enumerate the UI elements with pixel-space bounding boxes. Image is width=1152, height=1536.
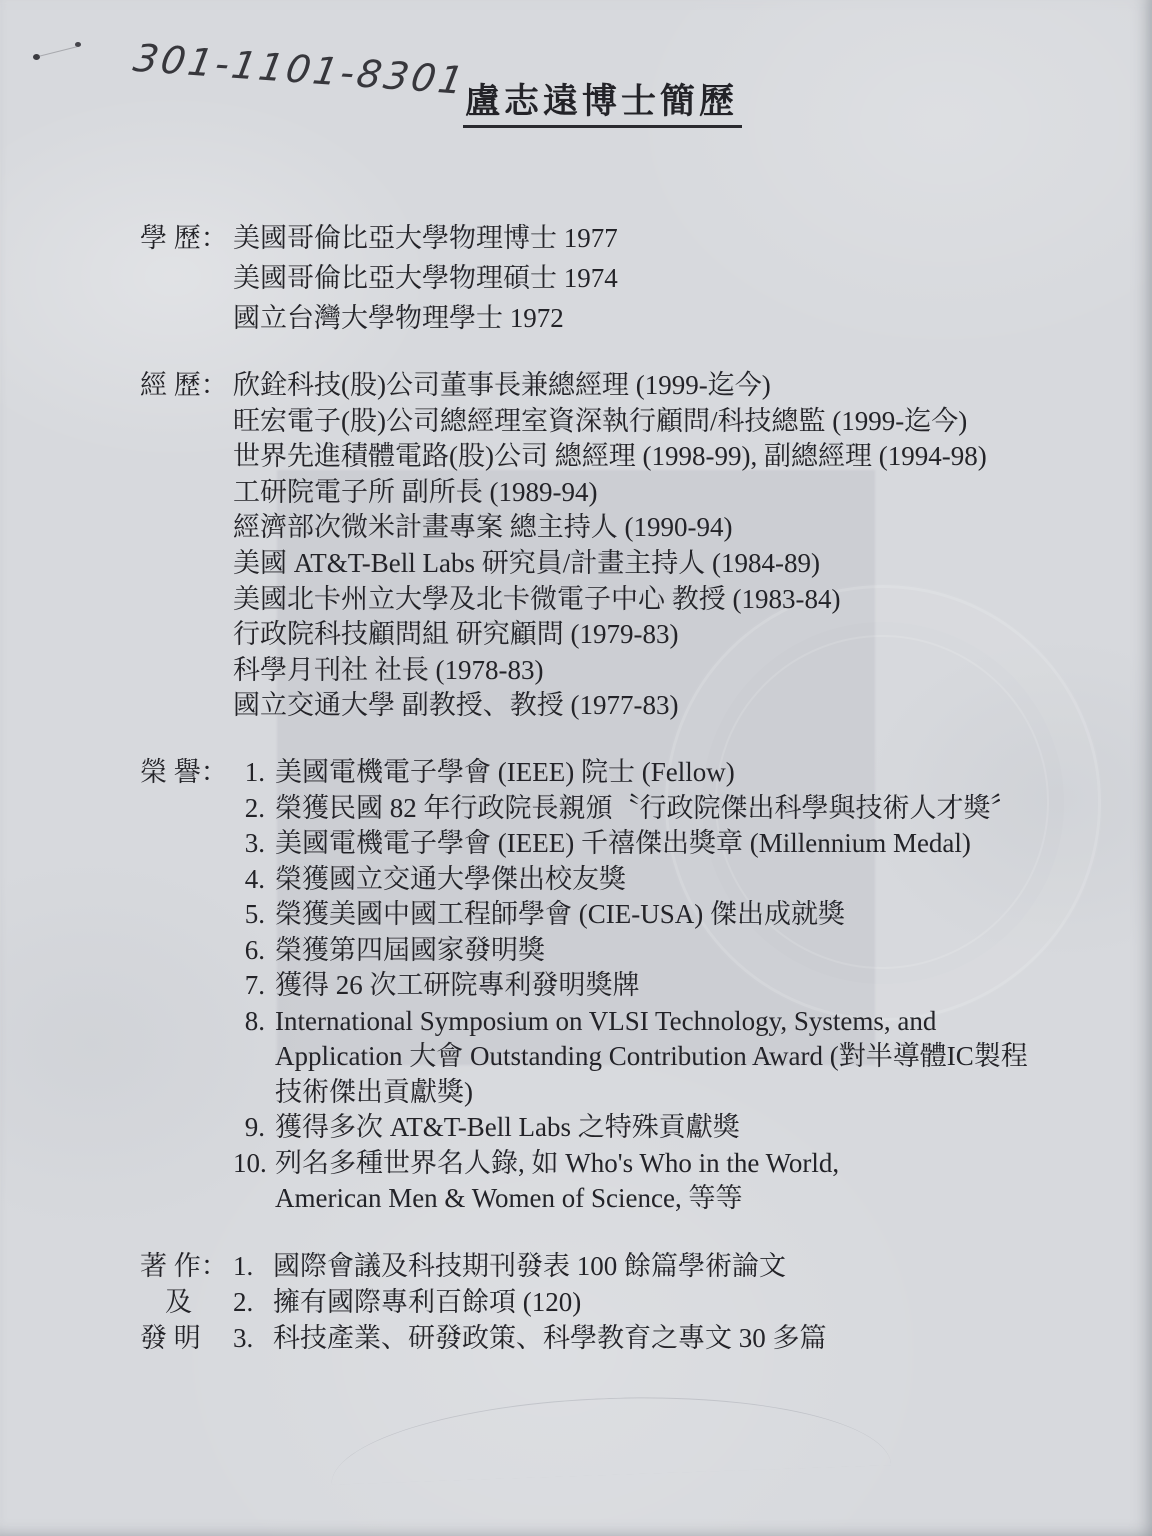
- honors-label: 榮 譽：: [140, 755, 228, 791]
- item-text: 列名多種世界名人錄, 如 Who's Who in the World,: [275, 1146, 839, 1182]
- faint-pencil-mark: [329, 1388, 891, 1484]
- item-number: 4.: [233, 862, 265, 898]
- experience-item: 世界先進積體電路(股)公司 總經理 (1998-99), 副總經理 (1994-…: [233, 439, 987, 475]
- experience-item: 欣銓科技(股)公司董事長兼總經理 (1999-迄今): [233, 368, 987, 404]
- experience-item: 旺宏電子(股)公司總經理室資深執行顧問/科技總監 (1999-迄今): [233, 404, 987, 440]
- honors-item: American Men & Women of Science, 等等: [233, 1181, 1028, 1217]
- item-text: 擁有國際專利百餘項 (120): [273, 1284, 581, 1320]
- item-text: American Men & Women of Science, 等等: [275, 1181, 742, 1217]
- item-text: Application 大會 Outstanding Contribution …: [275, 1039, 1028, 1075]
- item-number: 5.: [233, 897, 265, 933]
- honors-item: 4.榮獲國立交通大學傑出校友獎: [233, 862, 1028, 898]
- honors-item: 8.International Symposium on VLSI Techno…: [233, 1004, 1028, 1040]
- item-text: 旺宏電子(股)公司總經理室資深執行顧問/科技總監 (1999-迄今): [233, 406, 967, 436]
- item-text: 欣銓科技(股)公司董事長兼總經理 (1999-迄今): [233, 370, 771, 400]
- scanned-resume-page: 301-1101-8301 盧志遠博士簡歷 學 歷： 美國哥倫比亞大學物理博士 …: [0, 0, 1152, 1536]
- ink-scratch-line: [38, 46, 77, 57]
- item-number: 10.: [233, 1146, 265, 1182]
- item-text: 經濟部次微米計畫專案 總主持人 (1990-94): [233, 512, 732, 542]
- item-number: 1.: [233, 1248, 259, 1284]
- item-text: 獲得 26 次工研院專利發明獎牌: [275, 968, 640, 1004]
- honors-item: 1.美國電機電子學會 (IEEE) 院士 (Fellow): [233, 755, 1028, 791]
- works-items: 1.國際會議及科技期刊發表 100 餘篇學術論文2.擁有國際專利百餘項 (120…: [233, 1248, 827, 1356]
- education-item: 美國哥倫比亞大學物理博士 1977: [233, 218, 618, 258]
- education-items: 美國哥倫比亞大學物理博士 1977美國哥倫比亞大學物理碩士 1974國立台灣大學…: [233, 218, 618, 338]
- works-label-line2: 及: [165, 1284, 192, 1320]
- item-text: 榮獲美國中國工程師學會 (CIE-USA) 傑出成就獎: [275, 897, 845, 933]
- honors-item: 10.列名多種世界名人錄, 如 Who's Who in the World,: [233, 1146, 1028, 1182]
- honors-item: 3.美國電機電子學會 (IEEE) 千禧傑出獎章 (Millennium Med…: [233, 826, 1028, 862]
- experience-item: 美國 AT&T-Bell Labs 研究員/計畫主持人 (1984-89): [233, 546, 987, 582]
- honors-items: 1.美國電機電子學會 (IEEE) 院士 (Fellow)2.榮獲民國 82 年…: [233, 755, 1028, 1217]
- item-number: 8.: [233, 1004, 265, 1040]
- item-text: 技術傑出貢獻獎): [275, 1075, 473, 1111]
- item-text: 美國電機電子學會 (IEEE) 院士 (Fellow): [275, 755, 735, 791]
- item-text: International Symposium on VLSI Technolo…: [275, 1004, 936, 1040]
- honors-item: 6.榮獲第四屆國家發明獎: [233, 933, 1028, 969]
- experience-item: 國立交通大學 副教授、教授 (1977-83): [233, 688, 987, 724]
- works-item: 1.國際會議及科技期刊發表 100 餘篇學術論文: [233, 1248, 827, 1284]
- experience-item: 工研院電子所 副所長 (1989-94): [233, 475, 987, 511]
- item-number: 6.: [233, 933, 265, 969]
- item-text: 國際會議及科技期刊發表 100 餘篇學術論文: [273, 1248, 786, 1284]
- education-item: 國立台灣大學物理學士 1972: [233, 298, 618, 338]
- item-text: 榮獲民國 82 年行政院長親頒〝行政院傑出科學與技術人才獎〞: [275, 791, 1018, 827]
- honors-item: 5.榮獲美國中國工程師學會 (CIE-USA) 傑出成就獎: [233, 897, 1028, 933]
- honors-item: 9.獲得多次 AT&T-Bell Labs 之特殊貢獻獎: [233, 1110, 1028, 1146]
- experience-item: 經濟部次微米計畫專案 總主持人 (1990-94): [233, 510, 987, 546]
- item-text: 榮獲第四屆國家發明獎: [275, 933, 545, 969]
- page-title-text: 盧志遠博士簡歷: [463, 82, 742, 128]
- works-label-line1: 著 作：: [140, 1248, 228, 1284]
- item-text: 行政院科技顧問組 研究顧問 (1979-83): [233, 619, 678, 649]
- item-number: 3.: [233, 1320, 259, 1356]
- item-number: [233, 1181, 265, 1217]
- item-text: 美國哥倫比亞大學物理碩士 1974: [233, 263, 618, 293]
- item-text: 美國電機電子學會 (IEEE) 千禧傑出獎章 (Millennium Medal…: [275, 826, 971, 862]
- item-text: 美國哥倫比亞大學物理博士 1977: [233, 223, 618, 253]
- item-text: 科學月刊社 社長 (1978-83): [233, 655, 543, 685]
- honors-item: Application 大會 Outstanding Contribution …: [233, 1039, 1028, 1075]
- handwritten-catalog-number: 301-1101-8301: [130, 36, 469, 103]
- item-text: 國立台灣大學物理學士 1972: [233, 303, 564, 333]
- experience-item: 美國北卡州立大學及北卡微電子中心 教授 (1983-84): [233, 582, 987, 618]
- item-text: 世界先進積體電路(股)公司 總經理 (1998-99), 副總經理 (1994-…: [233, 441, 987, 471]
- honors-item: 2.榮獲民國 82 年行政院長親頒〝行政院傑出科學與技術人才獎〞: [233, 791, 1028, 827]
- experience-item: 科學月刊社 社長 (1978-83): [233, 653, 987, 689]
- works-label-line3: 發 明: [140, 1320, 201, 1356]
- item-number: 9.: [233, 1110, 265, 1146]
- item-number: 1.: [233, 755, 265, 791]
- page-title: 盧志遠博士簡歷: [463, 82, 742, 128]
- item-text: 美國北卡州立大學及北卡微電子中心 教授 (1983-84): [233, 584, 840, 614]
- honors-item: 7.獲得 26 次工研院專利發明獎牌: [233, 968, 1028, 1004]
- works-item: 3.科技產業、研發政策、科學教育之專文 30 多篇: [233, 1320, 827, 1356]
- item-number: 2.: [233, 1284, 259, 1320]
- item-number: [233, 1039, 265, 1075]
- item-text: 榮獲國立交通大學傑出校友獎: [275, 862, 626, 898]
- item-number: [233, 1075, 265, 1111]
- item-number: 7.: [233, 968, 265, 1004]
- item-text: 美國 AT&T-Bell Labs 研究員/計畫主持人 (1984-89): [233, 548, 820, 578]
- item-text: 國立交通大學 副教授、教授 (1977-83): [233, 690, 678, 720]
- works-item: 2.擁有國際專利百餘項 (120): [233, 1284, 827, 1320]
- experience-item: 行政院科技顧問組 研究顧問 (1979-83): [233, 617, 987, 653]
- item-number: 3.: [233, 826, 265, 862]
- experience-label: 經 歷：: [140, 368, 228, 404]
- education-label: 學 歷：: [140, 218, 228, 258]
- item-number: 2.: [233, 791, 265, 827]
- item-text: 科技產業、研發政策、科學教育之專文 30 多篇: [273, 1320, 827, 1356]
- honors-item: 技術傑出貢獻獎): [233, 1075, 1028, 1111]
- experience-items: 欣銓科技(股)公司董事長兼總經理 (1999-迄今)旺宏電子(股)公司總經理室資…: [233, 368, 987, 724]
- item-text: 工研院電子所 副所長 (1989-94): [233, 477, 597, 507]
- item-text: 獲得多次 AT&T-Bell Labs 之特殊貢獻獎: [275, 1110, 740, 1146]
- education-item: 美國哥倫比亞大學物理碩士 1974: [233, 258, 618, 298]
